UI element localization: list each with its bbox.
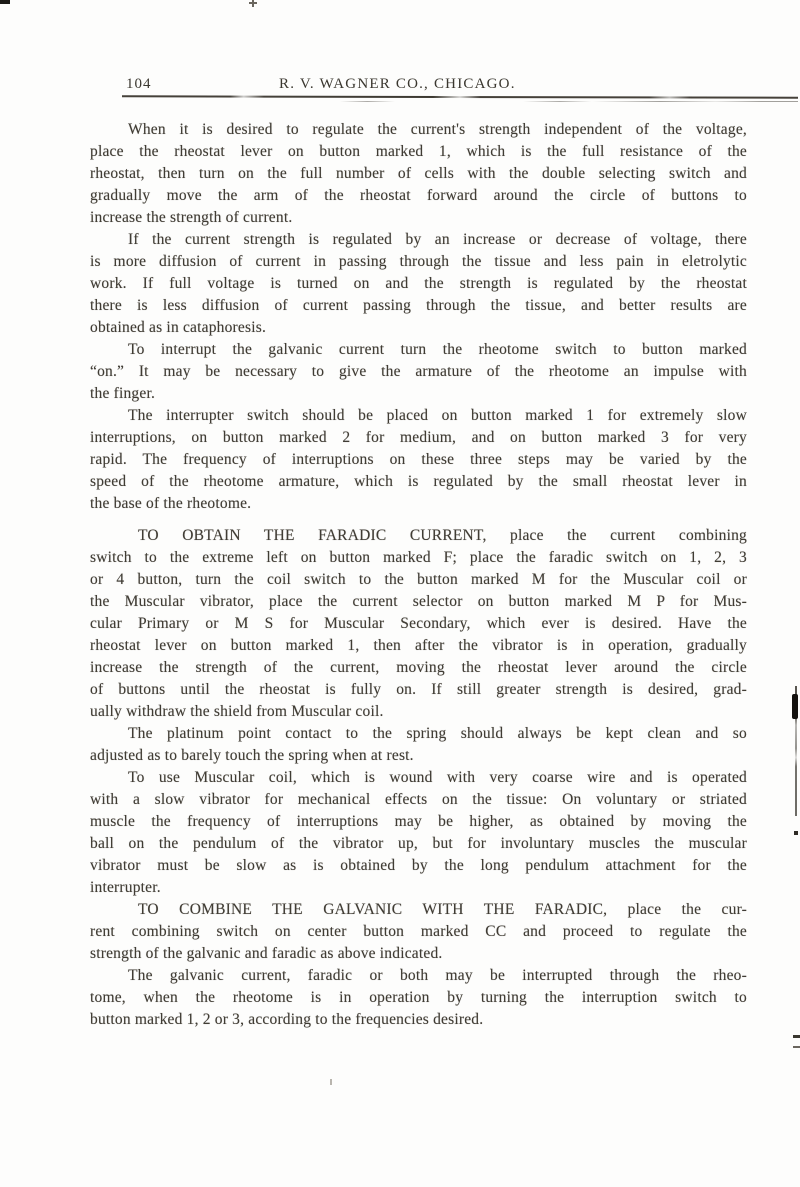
text-line: increase the strength of the current, mo… — [90, 657, 747, 679]
text-line: place the rheostat lever on button marke… — [90, 141, 747, 163]
paragraph: TO COMBINE THE GALVANIC WITH THE FARADIC… — [90, 899, 747, 965]
text-line: rapid. The frequency of interruptions on… — [90, 449, 747, 471]
text-line: tome, when the rheotome is in operation … — [90, 987, 747, 1009]
scan-smudge-right-edge-dash — [793, 1035, 800, 1038]
text-line: TO OBTAIN THE FARADIC CURRENT, place the… — [90, 525, 747, 547]
text-line: of buttons until the rheostat is fully o… — [90, 679, 747, 701]
text-line: there is less diffusion of current passi… — [90, 295, 747, 317]
text-line: with a slow vibrator for mechanical effe… — [90, 789, 747, 811]
text-line: interruptions, on button marked 2 for me… — [90, 427, 747, 449]
text-line: gradually move the arm of the rheostat f… — [90, 185, 747, 207]
text-line: To interrupt the galvanic current turn t… — [90, 339, 747, 361]
text-line: the Muscular vibrator, place the current… — [90, 591, 747, 613]
scanned-book-page: 104 R. V. WAGNER CO., CHICAGO. When it i… — [0, 0, 800, 1187]
paragraph: TO OBTAIN THE FARADIC CURRENT, place the… — [90, 525, 747, 723]
text-line: rent combining switch on center button m… — [90, 921, 747, 943]
text-line: is more diffusion of current in passing … — [90, 251, 747, 273]
text-line: The galvanic current, faradic or both ma… — [90, 965, 747, 987]
text-line: vibrator must be slow as is obtained by … — [90, 855, 747, 877]
text-line: switch to the extreme left on button mar… — [90, 547, 747, 569]
page-number: 104 — [126, 76, 152, 93]
paragraph: To use Muscular coil, which is wound wit… — [90, 767, 747, 899]
scan-speck — [330, 1079, 332, 1085]
text-line: increase the strength of current. — [90, 207, 747, 229]
text-line: muscle the frequency of interruptions ma… — [90, 811, 747, 833]
paragraph: To interrupt the galvanic current turn t… — [90, 339, 747, 405]
text-line: The interrupter switch should be placed … — [90, 405, 747, 427]
scan-mark-top-cross — [249, 2, 257, 4]
text-line: strength of the galvanic and faradic as … — [90, 943, 747, 965]
header-rule — [122, 95, 798, 98]
scan-smudge-top-left-corner — [0, 0, 10, 4]
text-line: To use Muscular coil, which is wound wit… — [90, 767, 747, 789]
text-line: or 4 button, turn the coil switch to the… — [90, 569, 747, 591]
text-line: interrupter. — [90, 877, 747, 899]
text-line: cular Primary or M S for Muscular Second… — [90, 613, 747, 635]
text-line: TO COMBINE THE GALVANIC WITH THE FARADIC… — [90, 899, 747, 921]
paragraph: If the current strength is regulated by … — [90, 229, 747, 339]
header-rule-secondary — [340, 101, 798, 102]
text-line: ually withdraw the shield from Muscular … — [90, 701, 747, 723]
text-line: the base of the rheotome. — [90, 493, 747, 515]
text-line: work. If full voltage is turned on and t… — [90, 273, 747, 295]
text-line: the finger. — [90, 383, 747, 405]
paragraph: The galvanic current, faradic or both ma… — [90, 965, 747, 1031]
text-line: speed of the rheotome armature, which is… — [90, 471, 747, 493]
text-line: rheostat, then turn on the full number o… — [90, 163, 747, 185]
paragraph: When it is desired to regulate the curre… — [90, 119, 747, 229]
text-block: When it is desired to regulate the curre… — [90, 119, 747, 1031]
scan-smudge-right-edge-dot — [794, 831, 798, 835]
text-line: obtained as in cataphoresis. — [90, 317, 747, 339]
scan-smudge-right-edge-blob — [792, 694, 798, 719]
text-line: If the current strength is regulated by … — [90, 229, 747, 251]
text-line: “on.” It may be necessary to give the ar… — [90, 361, 747, 383]
running-header-title: R. V. WAGNER CO., CHICAGO. — [279, 76, 516, 93]
text-line: rheostat lever on button marked 1, then … — [90, 635, 747, 657]
paragraph: The interrupter switch should be placed … — [90, 405, 747, 515]
text-line: When it is desired to regulate the curre… — [90, 119, 747, 141]
text-line: The platinum point contact to the spring… — [90, 723, 747, 745]
paragraph: The platinum point contact to the spring… — [90, 723, 747, 767]
text-line: adjusted as to barely touch the spring w… — [90, 745, 747, 767]
scan-smudge-right-edge-dash — [793, 1046, 800, 1048]
text-line: button marked 1, 2 or 3, according to th… — [90, 1009, 747, 1031]
text-line: ball on the pendulum of the vibrator up,… — [90, 833, 747, 855]
